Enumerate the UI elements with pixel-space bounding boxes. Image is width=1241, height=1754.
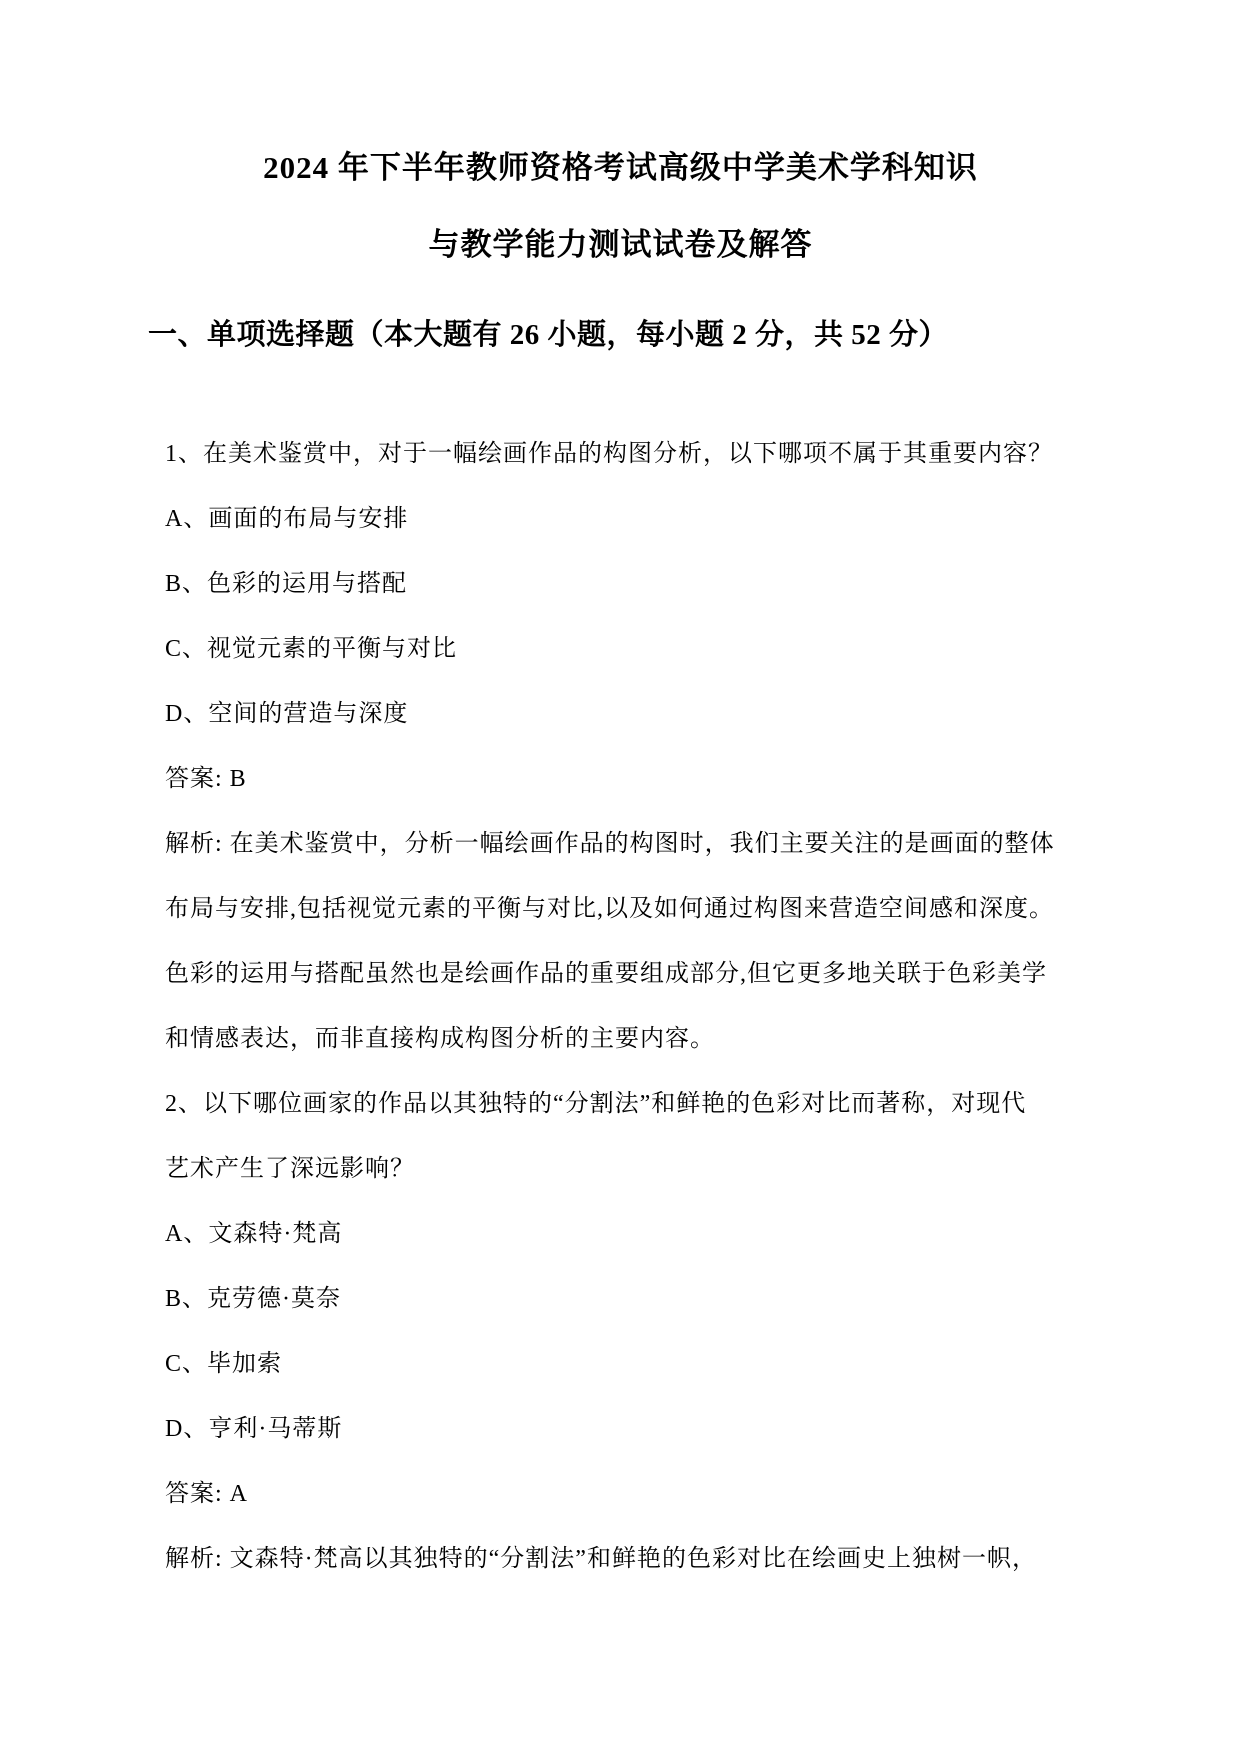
question-1-option-a: A、画面的布局与安排 <box>165 487 1101 552</box>
question-1-option-b: B、色彩的运用与搭配 <box>165 552 1101 617</box>
question-1-answer: 答案: B <box>165 747 1101 812</box>
question-1-explanation: 解析: 在美术鉴赏中，分析一幅绘画作品的构图时，我们主要关注的是画面的整体 布局… <box>165 812 1101 1072</box>
question-2-answer: 答案: A <box>165 1462 1101 1527</box>
question-2-stem: 2、以下哪位画家的作品以其独特的“分割法”和鲜艳的色彩对比而著称，对现代 艺术产… <box>165 1072 1101 1202</box>
question-2-option-b: B、克劳德·莫奈 <box>165 1267 1101 1332</box>
question-2-option-c: C、毕加索 <box>165 1332 1101 1397</box>
question-2-option-a: A、文森特·梵高 <box>165 1202 1101 1267</box>
question-1-option-d: D、空间的营造与深度 <box>165 682 1101 747</box>
document-body: 1、在美术鉴赏中，对于一幅绘画作品的构图分析，以下哪项不属于其重要内容？ A、画… <box>0 422 1241 1592</box>
question-1: 1、在美术鉴赏中，对于一幅绘画作品的构图分析，以下哪项不属于其重要内容？ A、画… <box>165 422 1101 1072</box>
document-title-line-1: 2024 年下半年教师资格考试高级中学美术学科知识 <box>0 147 1241 189</box>
question-1-option-c: C、视觉元素的平衡与对比 <box>165 617 1101 682</box>
question-1-stem: 1、在美术鉴赏中，对于一幅绘画作品的构图分析，以下哪项不属于其重要内容？ <box>165 422 1101 487</box>
document-title-line-2: 与教学能力测试试卷及解答 <box>0 224 1241 266</box>
document-page: 2024 年下半年教师资格考试高级中学美术学科知识 与教学能力测试试卷及解答 一… <box>0 0 1241 1754</box>
section-heading: 一、单项选择题（本大题有 26 小题，每小题 2 分，共 52 分） <box>0 312 1241 358</box>
question-2: 2、以下哪位画家的作品以其独特的“分割法”和鲜艳的色彩对比而著称，对现代 艺术产… <box>165 1072 1101 1592</box>
question-2-explanation: 解析: 文森特·梵高以其独特的“分割法”和鲜艳的色彩对比在绘画史上独树一帜， <box>165 1527 1101 1592</box>
question-2-option-d: D、亨利·马蒂斯 <box>165 1397 1101 1462</box>
